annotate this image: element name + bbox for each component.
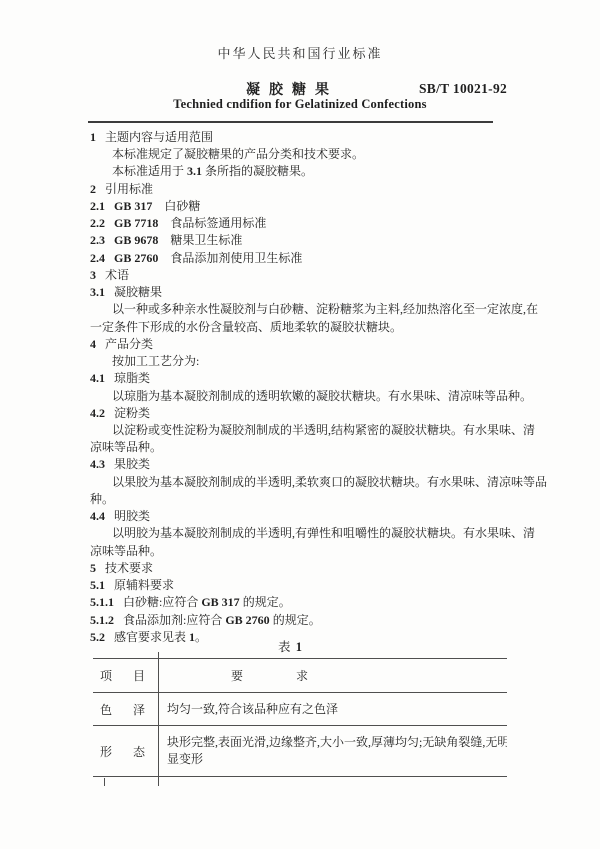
document-body: 1主题内容与适用范围本标准规定了凝胶糖果的产品分类和技术要求。本标准适用于 3.…	[90, 129, 530, 646]
doc-line-section-2.1: 2.1GB 317 白砂糖	[90, 198, 530, 215]
text-segment: 果胶类	[114, 457, 150, 471]
table-header-requirement: 要求	[158, 659, 507, 692]
requirement-line: 块形完整,表面光滑,边缘整齐,大小一致,厚薄均匀;无缺角裂缝,无明	[167, 734, 507, 751]
doc-line-section-2: 2引用标准	[90, 181, 530, 198]
table-cell-requirement: 均匀一致,符合该品种应有之色泽	[158, 693, 507, 725]
section-number: 5.1	[90, 578, 105, 592]
text-segment: 凉味等品种。	[90, 544, 162, 558]
doc-line: 以果胶为基本凝胶剂制成的半透明,柔软爽口的凝胶状糖块。有水果味、清凉味等品	[90, 474, 530, 491]
doc-line-section-5.1: 5.1原辅料要求	[90, 577, 530, 594]
text-segment: 原辅料要求	[114, 578, 174, 592]
table-divider-tick-bottom-left	[104, 778, 105, 786]
standard-type-heading: 中华人民共和国行业标准	[0, 43, 600, 62]
doc-line-section-4.4: 4.4明胶类	[90, 508, 530, 525]
requirement-line: 均匀一致,符合该品种应有之色泽	[167, 701, 507, 718]
text-segment: 糖果卫生标准	[158, 233, 242, 247]
table-cell-requirement: 块形完整,表面光滑,边缘整齐,大小一致,厚薄均匀;无缺角裂缝,无明显变形	[158, 726, 507, 776]
text-segment: 技术要求	[105, 561, 153, 575]
text-segment: 1	[296, 640, 302, 654]
table-cell-item: 形态	[93, 726, 158, 776]
doc-line: 本标准适用于 3.1 条所指的凝胶糖果。	[90, 163, 530, 180]
text-segment: 条所指的凝胶糖果。	[202, 164, 313, 178]
section-number: 2.4	[90, 251, 105, 265]
document-page: 中华人民共和国行业标准 凝胶糖果 SB/T 10021-92 Technied …	[0, 0, 600, 849]
doc-line-section-5.1.2: 5.1.2食品添加剂:应符合 GB 2760 的规定。	[90, 612, 530, 629]
text-segment: GB 2760	[114, 251, 158, 265]
section-number: 2.1	[90, 199, 105, 213]
doc-line: 按加工工艺分为:	[90, 353, 530, 370]
text-segment: GB 9678	[114, 233, 158, 247]
table-cell-item: 色泽	[93, 693, 158, 725]
doc-line-section-3.1: 3.1凝胶糖果	[90, 284, 530, 301]
table-divider-tick-top	[158, 652, 159, 658]
text-segment: GB 2760	[225, 613, 269, 627]
text-segment: 一定条件下形成的水份含量较高、质地柔软的凝胶状糖块。	[90, 320, 402, 334]
section-number: 4.1	[90, 371, 105, 385]
doc-line-section-4.2: 4.2淀粉类	[90, 405, 530, 422]
doc-line: 以一种或多种亲水性凝胶剂与白砂糖、淀粉糖浆为主料,经加热溶化至一定浓度,在	[90, 301, 530, 318]
text-segment: 明胶类	[114, 509, 150, 523]
section-number: 2.2	[90, 216, 105, 230]
section-number: 5.1.1	[90, 595, 114, 609]
text-segment: 产品分类	[105, 337, 153, 351]
text-segment: 食品添加剂:应符合	[123, 613, 225, 627]
doc-line-section-2.4: 2.4GB 2760 食品添加剂使用卫生标准	[90, 250, 530, 267]
doc-line-section-4: 4产品分类	[90, 336, 530, 353]
section-number: 4.3	[90, 457, 105, 471]
text-segment: 凉味等品种。	[90, 440, 162, 454]
doc-line: 凉味等品种。	[90, 543, 530, 560]
doc-line: 种。	[90, 491, 530, 508]
doc-line: 本标准规定了凝胶糖果的产品分类和技术要求。	[90, 146, 530, 163]
text-segment: 表	[278, 640, 294, 654]
section-number: 3.1	[90, 285, 105, 299]
table-caption: 表 1	[93, 639, 507, 656]
table-divider-tick-bottom-center	[158, 771, 159, 786]
text-segment: 白砂糖	[152, 199, 200, 213]
requirement-line: 显变形	[167, 751, 507, 768]
section-number: 4.2	[90, 406, 105, 420]
text-segment: 以琼脂为基本凝胶剂制成的透明软嫩的凝胶状糖块。有水果味、清凉味等品种。	[112, 389, 532, 403]
text-segment: 食品标签通用标准	[158, 216, 266, 230]
document-title-en: Technied cndifion for Gelatinized Confec…	[0, 97, 600, 112]
text-segment: 本标准适用于	[112, 164, 187, 178]
table-1: 项目 要求 色泽均匀一致,符合该品种应有之色泽形态块形完整,表面光滑,边缘整齐,…	[93, 658, 507, 777]
text-segment: 以明胶为基本凝胶剂制成的半透明,有弹性和咀嚼性的凝胶状糖块。有水果味、清	[112, 526, 535, 540]
text-segment: 3.1	[187, 164, 202, 178]
standard-code: SB/T 10021-92	[419, 81, 507, 97]
text-segment: GB 317	[114, 199, 152, 213]
section-number: 5	[90, 561, 96, 575]
text-segment: 食品添加剂使用卫生标准	[158, 251, 302, 265]
doc-line-section-2.2: 2.2GB 7718 食品标签通用标准	[90, 215, 530, 232]
section-number: 2.3	[90, 233, 105, 247]
text-segment: 白砂糖:应符合	[123, 595, 201, 609]
text-segment: 以一种或多种亲水性凝胶剂与白砂糖、淀粉糖浆为主料,经加热溶化至一定浓度,在	[112, 302, 538, 316]
doc-line: 以淀粉或变性淀粉为凝胶剂制成的半透明,结构紧密的凝胶状糖块。有水果味、清	[90, 422, 530, 439]
text-segment: 引用标准	[105, 182, 153, 196]
text-segment: 种。	[90, 492, 114, 506]
text-segment: 凝胶糖果	[114, 285, 162, 299]
doc-line: 以明胶为基本凝胶剂制成的半透明,有弹性和咀嚼性的凝胶状糖块。有水果味、清	[90, 525, 530, 542]
doc-line-section-2.3: 2.3GB 9678 糖果卫生标准	[90, 232, 530, 249]
doc-line-section-4.3: 4.3果胶类	[90, 456, 530, 473]
text-segment: 主题内容与适用范围	[105, 130, 213, 144]
text-segment: GB 7718	[114, 216, 158, 230]
text-segment: 的规定。	[270, 613, 321, 627]
section-number: 4.4	[90, 509, 105, 523]
text-segment: 以淀粉或变性淀粉为凝胶剂制成的半透明,结构紧密的凝胶状糖块。有水果味、清	[112, 423, 535, 437]
doc-line-section-3: 3术语	[90, 267, 530, 284]
text-segment: GB 317	[201, 595, 239, 609]
text-segment: 琼脂类	[114, 371, 150, 385]
doc-line: 以琼脂为基本凝胶剂制成的透明软嫩的凝胶状糖块。有水果味、清凉味等品种。	[90, 388, 530, 405]
table-header-row: 项目 要求	[93, 659, 507, 693]
doc-line-section-1: 1主题内容与适用范围	[90, 129, 530, 146]
section-number: 1	[90, 130, 96, 144]
text-segment: 的规定。	[240, 595, 291, 609]
header-rule	[88, 121, 493, 123]
table-header-item: 项目	[93, 659, 158, 692]
text-segment: 以果胶为基本凝胶剂制成的半透明,柔软爽口的凝胶状糖块。有水果味、清凉味等品	[112, 475, 547, 489]
text-segment: 本标准规定了凝胶糖果的产品分类和技术要求。	[112, 147, 364, 161]
text-segment: 淀粉类	[114, 406, 150, 420]
text-segment: 按加工工艺分为:	[112, 354, 199, 368]
text-segment: 术语	[105, 268, 129, 282]
table-row: 色泽均匀一致,符合该品种应有之色泽	[93, 693, 507, 726]
doc-line-section-5.1.1: 5.1.1白砂糖:应符合 GB 317 的规定。	[90, 594, 530, 611]
section-number: 3	[90, 268, 96, 282]
doc-line: 凉味等品种。	[90, 439, 530, 456]
doc-line: 一定条件下形成的水份含量较高、质地柔软的凝胶状糖块。	[90, 319, 530, 336]
doc-line-section-5: 5技术要求	[90, 560, 530, 577]
table-row: 形态块形完整,表面光滑,边缘整齐,大小一致,厚薄均匀;无缺角裂缝,无明显变形	[93, 726, 507, 777]
document-title-cn: 凝胶糖果	[246, 79, 338, 99]
section-number: 4	[90, 337, 96, 351]
section-number: 5.1.2	[90, 613, 114, 627]
doc-line-section-4.1: 4.1琼脂类	[90, 370, 530, 387]
section-number: 2	[90, 182, 96, 196]
